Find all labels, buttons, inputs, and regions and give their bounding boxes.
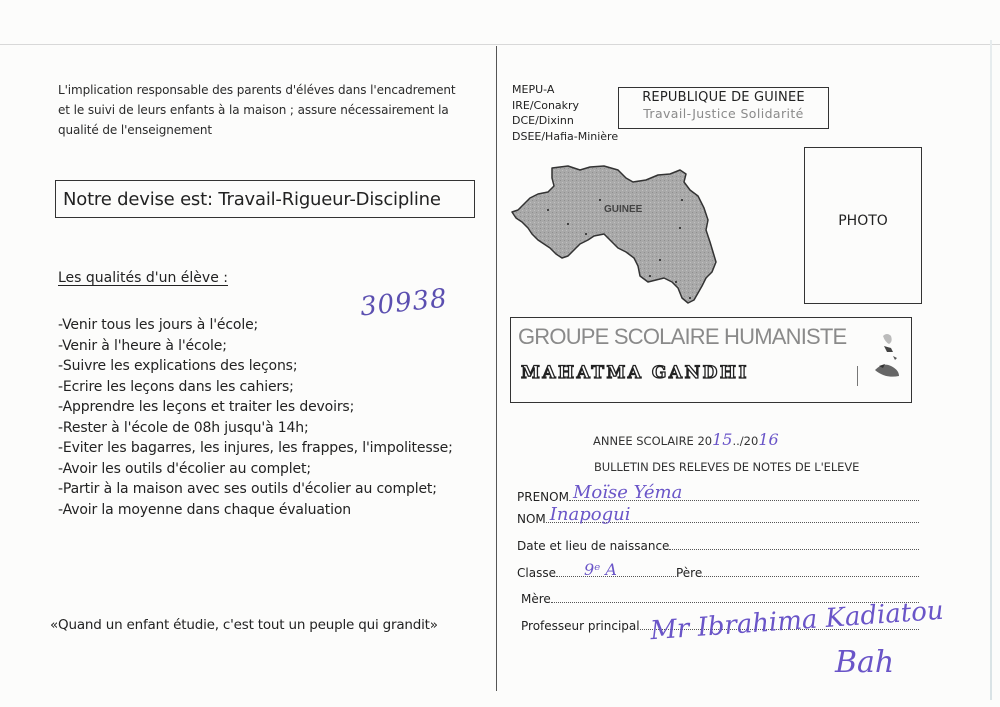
birth-field: Date et lieu de naissance xyxy=(517,535,919,553)
school-year-end: 16 xyxy=(758,430,778,449)
father-label: Père xyxy=(676,566,702,580)
intro-line: qualité de l'enseignement xyxy=(58,120,488,140)
closing-quote: «Quand un enfant étudie, c'est tout un p… xyxy=(50,617,438,633)
quality-item: -Rester à l'école de 08h jusqu'à 14h; xyxy=(58,418,453,439)
republic-motto: Travail-Justice Solidarité xyxy=(619,106,828,121)
guinea-map-icon: GUINEE xyxy=(508,160,738,305)
school-year-prefix: ANNEE SCOLAIRE 20 xyxy=(593,434,712,448)
fold-line xyxy=(496,46,497,691)
prenom-value: Moïse Yéma xyxy=(573,482,682,503)
nom-line: Inapogui xyxy=(546,511,919,523)
admin-line: DSEE/Hafia-Minière xyxy=(512,129,618,145)
quality-item: -Venir à l'heure à l'école; xyxy=(58,336,453,357)
republic-box: REPUBLIQUE DE GUINEE Travail-Justice Sol… xyxy=(618,87,829,129)
intro-line: L'implication responsable des parents d'… xyxy=(58,80,488,100)
quality-item: -Ecrire les leçons dans les cahiers; xyxy=(58,377,453,398)
nom-value: Inapogui xyxy=(550,504,631,525)
school-motto-box: Notre devise est: Travail-Rigueur-Discip… xyxy=(55,180,475,218)
quality-item: -Apprendre les leçons et traiter les dev… xyxy=(58,397,453,418)
quality-item: -Avoir les outils d'écolier au complet; xyxy=(58,459,453,480)
teacher-surname-handwritten: Bah xyxy=(835,645,894,680)
prenom-field: PRENOM Moïse Yéma xyxy=(517,486,919,504)
parents-involvement-text: L'implication responsable des parents d'… xyxy=(58,80,488,140)
top-edge-rule xyxy=(0,44,1000,45)
qualities-list: -Venir tous les jours à l'école; -Venir … xyxy=(58,315,453,520)
administration-header: MEPU-A IRE/Conakry DCE/Dixinn DSEE/Hafia… xyxy=(512,82,618,144)
quality-item: -Partir à la maison avec ses outils d'éc… xyxy=(58,479,453,500)
map-label: GUINEE xyxy=(604,204,643,215)
prenom-line: Moïse Yéma xyxy=(569,489,919,501)
intro-line: et le suivi de leurs enfants à la maison… xyxy=(58,100,488,120)
class-father-row: Classe 9ᵉ A Père xyxy=(517,562,919,580)
teacher-label: Professeur principal xyxy=(521,619,640,633)
page-edge xyxy=(990,40,992,700)
republic-title: REPUBLIQUE DE GUINEE xyxy=(619,90,828,105)
qualities-heading: Les qualités d'un élève : xyxy=(58,270,228,286)
nom-label: NOM xyxy=(517,512,546,526)
quality-item: -Avoir la moyenne dans chaque évaluation xyxy=(58,500,453,521)
school-name: GROUPE SCOLAIRE HUMANISTE xyxy=(518,324,846,350)
bulletin-title: BULLETIN DES RELEVES DE NOTES DE L'ELEVE xyxy=(594,460,859,474)
school-year-separator: ../20 xyxy=(732,434,758,448)
birth-line xyxy=(669,538,919,550)
admin-line: IRE/Conakry xyxy=(512,98,618,114)
school-subname: MAHATMA GANDHI xyxy=(521,363,749,383)
school-name-box: GROUPE SCOLAIRE HUMANISTE MAHATMA GANDHI xyxy=(510,317,912,403)
mother-label: Mère xyxy=(521,592,551,606)
class-label: Classe xyxy=(517,566,556,580)
school-year-start: 15 xyxy=(712,430,732,449)
school-report-card: L'implication responsable des parents d'… xyxy=(0,0,1000,707)
class-value: 9ᵉ A xyxy=(584,560,617,579)
nom-field: NOM Inapogui xyxy=(517,508,919,526)
school-divider xyxy=(857,366,858,386)
father-line xyxy=(702,565,919,577)
school-year: ANNEE SCOLAIRE 2015../2016 xyxy=(593,430,779,449)
quality-item: -Venir tous les jours à l'école; xyxy=(58,315,453,336)
admin-line: MEPU-A xyxy=(512,82,618,98)
photo-placeholder: PHOTO xyxy=(804,147,922,304)
birth-label: Date et lieu de naissance xyxy=(517,539,669,553)
gandhi-portrait-icon xyxy=(869,330,905,382)
quality-item: -Suivre les explications des leçons; xyxy=(58,356,453,377)
admin-line: DCE/Dixinn xyxy=(512,113,618,129)
prenom-label: PRENOM xyxy=(517,490,569,504)
quality-item: -Eviter les bagarres, les injures, les f… xyxy=(58,438,453,459)
class-line: 9ᵉ A xyxy=(556,565,676,577)
